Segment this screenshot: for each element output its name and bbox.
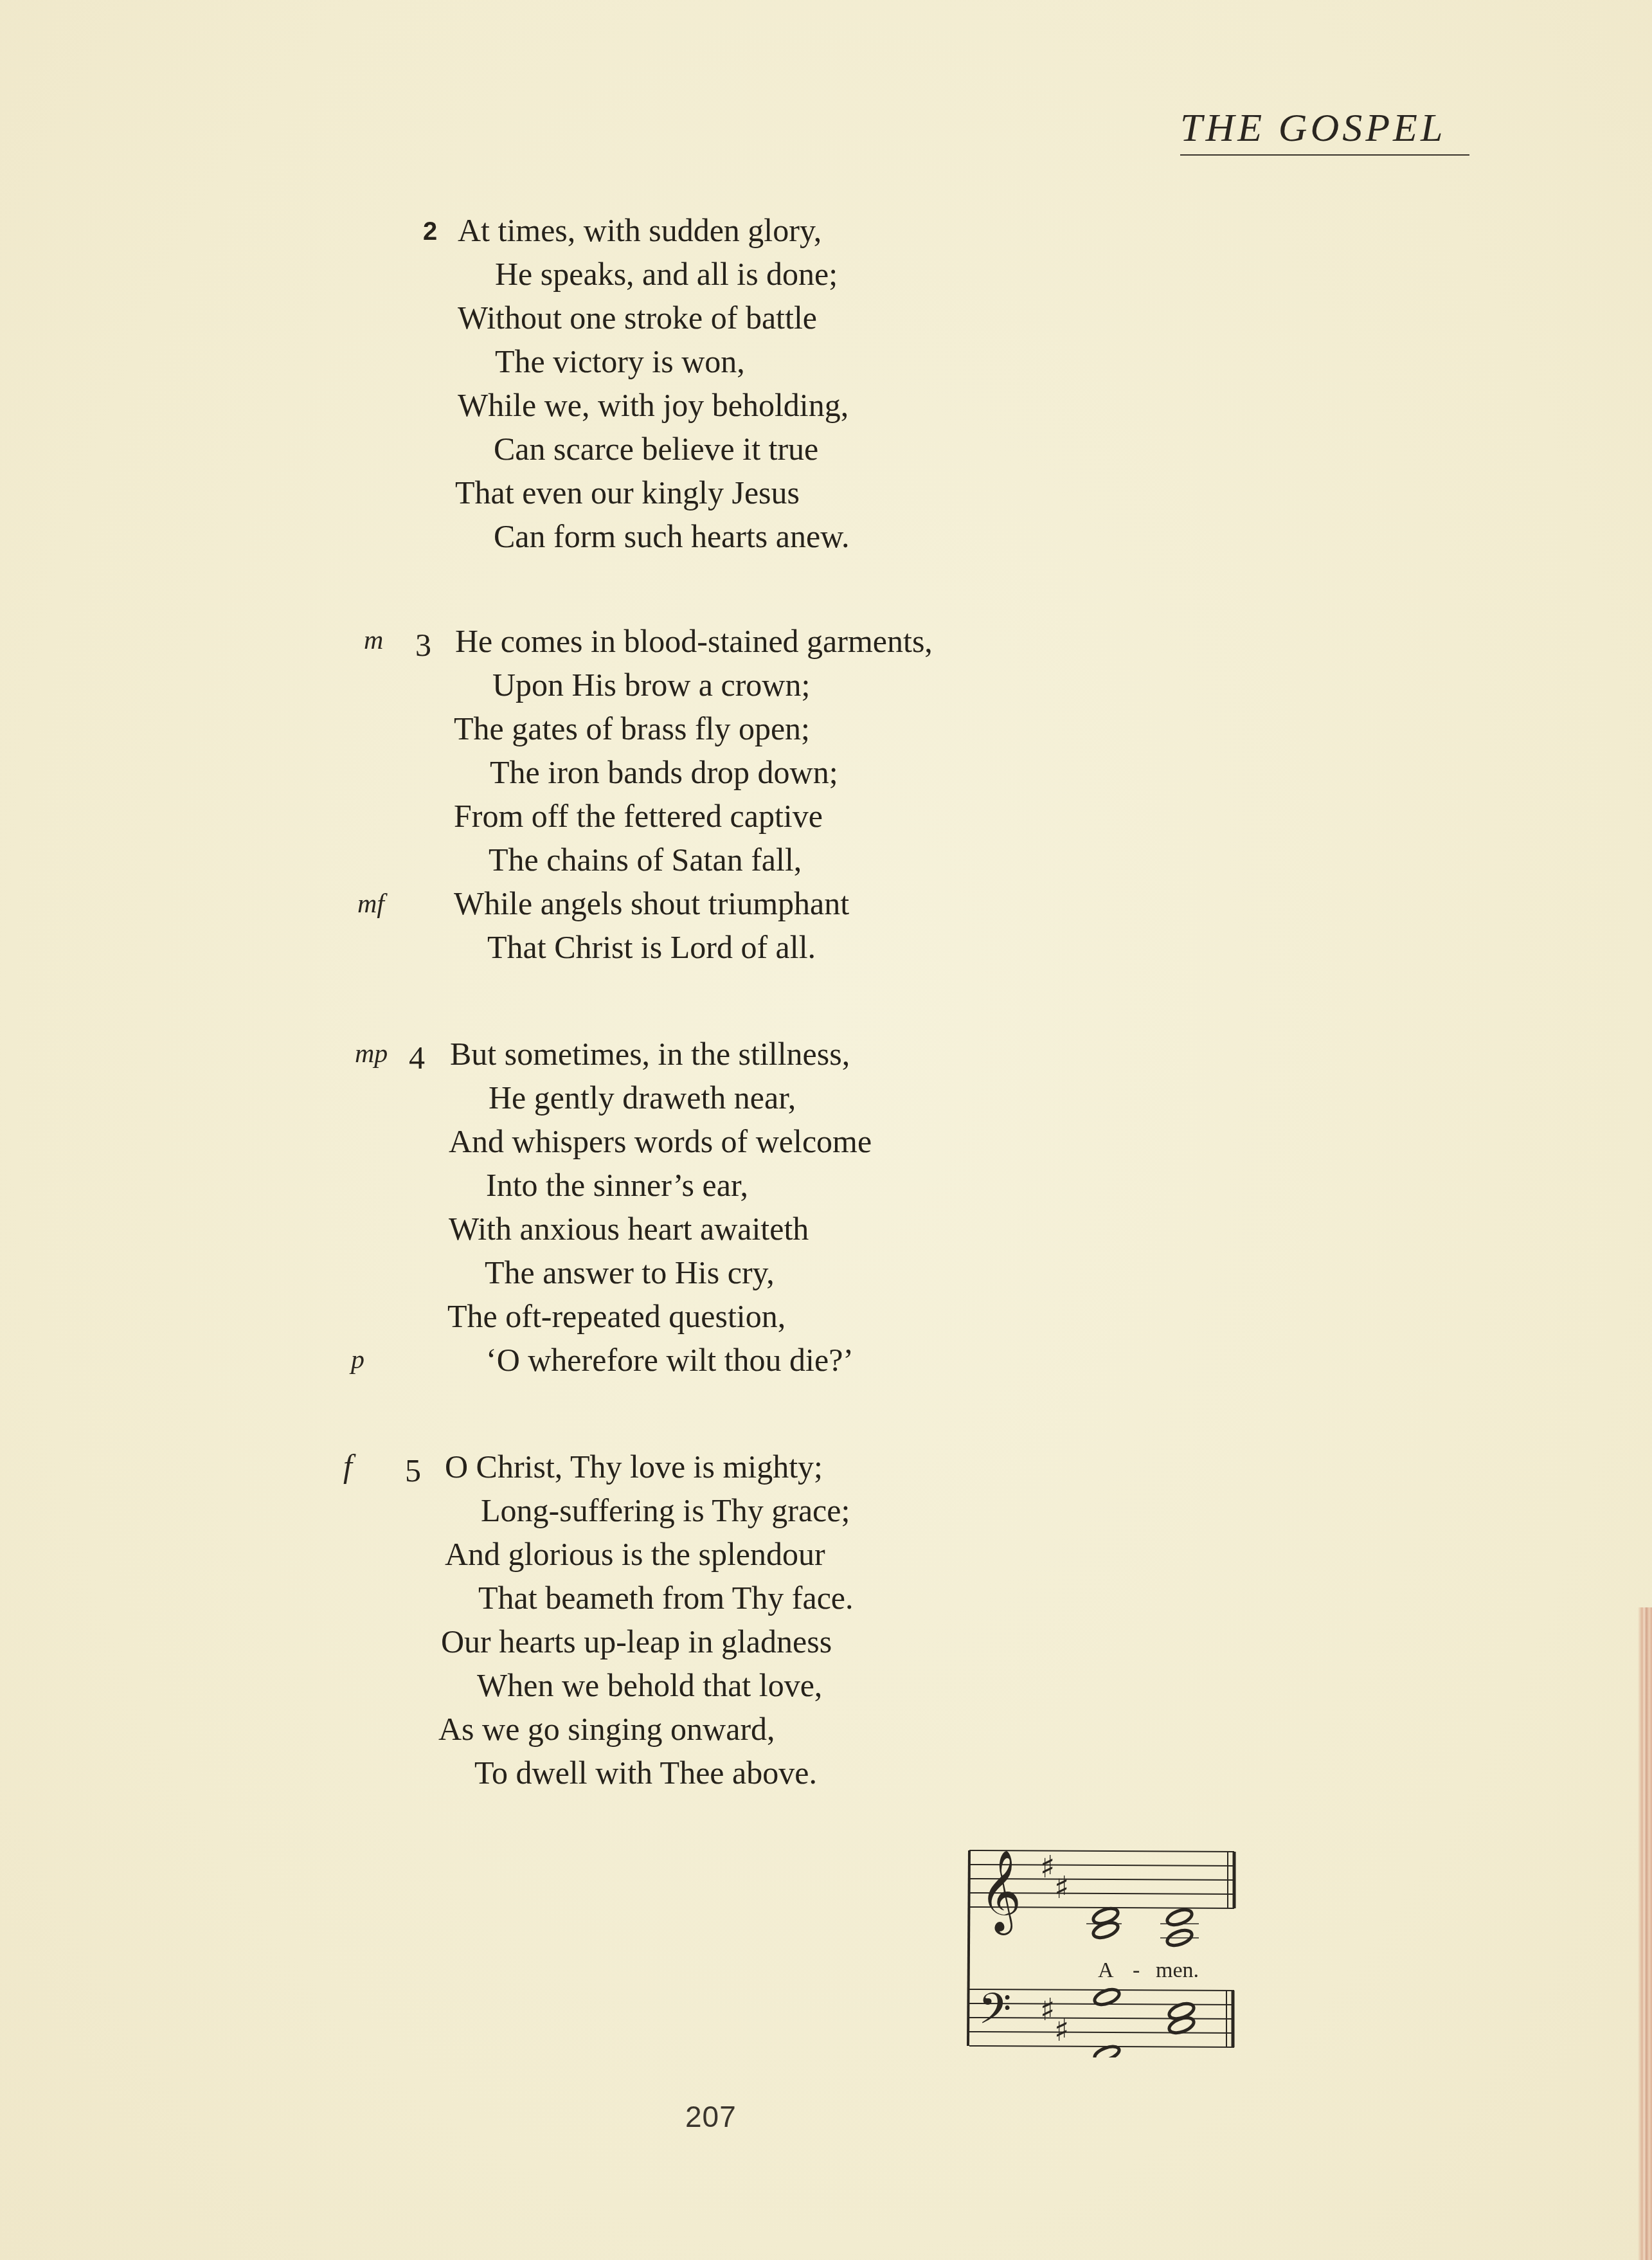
amen-lyric-dash: - <box>1133 1958 1140 1983</box>
treble-clef-icon: 𝄞 <box>980 1849 1021 1935</box>
verse-line: While angels shout triumphant <box>454 887 849 919</box>
page-edge-stain <box>1638 1607 1652 2260</box>
sharp-icon: ♯ <box>1054 1870 1069 1906</box>
verse-line: O Christ, Thy love is mighty; <box>445 1451 823 1483</box>
verse-line: Can form such hearts anew. <box>494 520 850 552</box>
verse-line: As we go singing onward, <box>438 1713 775 1745</box>
sharp-icon: ♯ <box>1040 1849 1055 1885</box>
verse-line: While we, with joy beholding, <box>458 389 848 421</box>
verse-line: But sometimes, in the stillness, <box>450 1038 850 1070</box>
dynamic-marking: mp <box>355 1040 388 1067</box>
verse-number: 2 <box>423 219 437 244</box>
dynamic-marking: m <box>364 627 383 654</box>
verse-line: He comes in blood-stained garments, <box>455 625 933 657</box>
verse-number: 4 <box>409 1042 425 1074</box>
amen-score: 𝄞 𝄢 ♯ ♯ ♯ ♯ A - men. <box>964 1845 1247 2057</box>
verse-line: That beameth from Thy face. <box>478 1582 854 1614</box>
music-staff-icon: 𝄞 𝄢 ♯ ♯ ♯ ♯ <box>964 1845 1247 2057</box>
verse-line: Upon His brow a crown; <box>492 669 810 701</box>
verse-line: Can scarce believe it true <box>494 433 818 465</box>
verse-line: The victory is won, <box>495 345 745 377</box>
verse-line: The iron bands drop down; <box>490 756 838 788</box>
dynamic-marking: f <box>343 1450 352 1482</box>
dynamic-marking: p <box>351 1346 364 1373</box>
sharp-icon: ♯ <box>1040 1992 1055 2028</box>
verse-number: 5 <box>405 1454 421 1487</box>
verse-line: ‘O wherefore wilt thou die?’ <box>486 1344 854 1376</box>
verse-line: When we behold that love, <box>477 1669 822 1701</box>
verse-line: Into the sinner’s ear, <box>486 1169 748 1201</box>
verse-line: And whispers words of welcome <box>449 1125 872 1157</box>
amen-lyric-men: men. <box>1156 1958 1199 1983</box>
verse-line: Without one stroke of battle <box>458 302 817 334</box>
verse-line: The answer to His cry, <box>485 1256 775 1288</box>
bass-clef-icon: 𝄢 <box>978 1984 1011 2044</box>
dynamic-marking: mf <box>357 890 384 918</box>
verse-line: Long-suffering is Thy grace; <box>481 1494 850 1526</box>
verse-line: That Christ is Lord of all. <box>487 931 816 963</box>
running-title: THE GOSPEL <box>1180 108 1469 148</box>
page-number: 207 <box>685 2099 737 2134</box>
verse-line: And glorious is the splendour <box>445 1538 825 1570</box>
verse-line: He speaks, and all is done; <box>495 258 838 290</box>
sharp-icon: ♯ <box>1054 2012 1069 2048</box>
verse-line: The chains of Satan fall, <box>489 844 802 876</box>
verse-line: That even our kingly Jesus <box>455 476 800 509</box>
amen-lyric-a: A <box>1098 1958 1114 1983</box>
verse-line: With anxious heart awaiteth <box>449 1213 809 1245</box>
verse-line: From off the fettered captive <box>454 800 823 832</box>
verse-line: He gently draweth near, <box>489 1081 796 1114</box>
running-title-rule <box>1180 154 1469 156</box>
verse-line: The oft-repeated question, <box>447 1300 786 1332</box>
verse-line: At times, with sudden glory, <box>458 214 822 246</box>
verse-line: The gates of brass fly open; <box>454 712 810 745</box>
verse-line: Our hearts up-leap in gladness <box>441 1625 832 1658</box>
verse-line: To dwell with Thee above. <box>474 1757 817 1789</box>
verse-number: 3 <box>415 629 431 661</box>
